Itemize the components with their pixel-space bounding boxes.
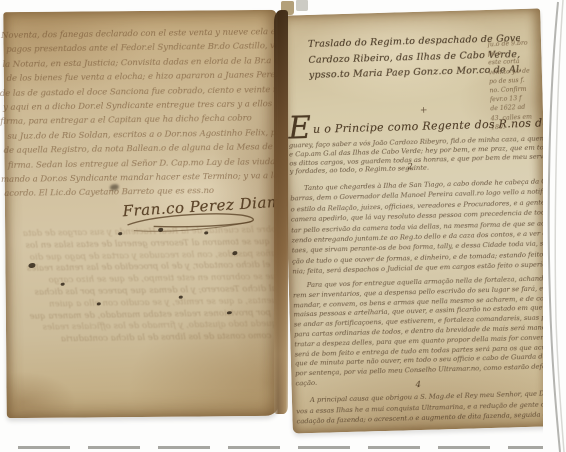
section-number-4: 4 bbox=[415, 380, 421, 390]
left-page-text: Noventa, dos fanegas declarado con el es… bbox=[0, 25, 279, 202]
page-curl-lines bbox=[543, 0, 566, 452]
illuminated-initial: E bbox=[288, 113, 311, 144]
scan-shadow-bottom bbox=[18, 446, 552, 449]
paragraph-1: guarey, faço saber a vós João Cardozo Ri… bbox=[289, 134, 546, 176]
bleedthrough-text: sobre las cuentas de la Real Hacienda y … bbox=[3, 225, 283, 347]
page-tab-gray bbox=[296, 0, 308, 11]
manuscript-photo: Noventa, dos fanegas declarado con el es… bbox=[0, 0, 566, 452]
paragraph-2: Tanto que chegardes à Ilha de San Tiago,… bbox=[290, 176, 549, 277]
paragraph-4: A principal causa que obrigou a S. Mag.d… bbox=[296, 388, 552, 427]
right-page: Traslado do Regim.to despachado de Gover… bbox=[281, 8, 552, 433]
page-fore-edge bbox=[543, 0, 566, 452]
ink-spot bbox=[204, 231, 208, 234]
opening-text: u o Principe como Regente dos R.nos de P… bbox=[313, 104, 552, 135]
section-number-2: 2 bbox=[407, 162, 413, 172]
ink-spot bbox=[118, 232, 122, 235]
paragraph-3: Para que vos for entregue aquella armaçã… bbox=[293, 274, 552, 389]
book-gutter bbox=[274, 10, 288, 414]
left-page: Noventa, dos fanegas declarado con el es… bbox=[3, 10, 280, 418]
